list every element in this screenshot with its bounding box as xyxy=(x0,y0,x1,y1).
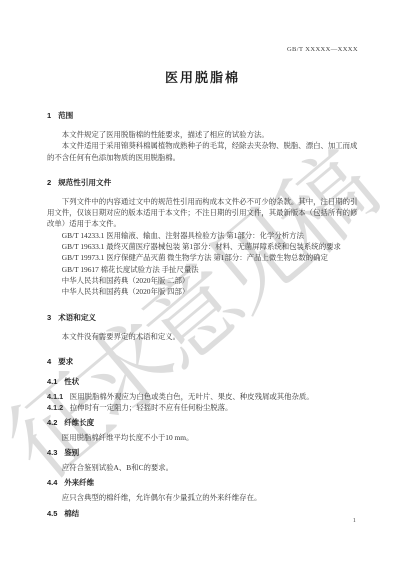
reference-item: GB/T 19633.1 最终灭菌医疗器械包装 第1部分：材料、无菌屏障系统和包… xyxy=(47,241,358,252)
section-number: 4 xyxy=(47,357,51,366)
section-title: 规范性引用文件 xyxy=(58,178,111,187)
paragraph: 本文件没有需要界定的术语和定义。 xyxy=(47,331,358,342)
section-title: 术语和定义 xyxy=(58,313,96,322)
reference-item: 中华人民共和国药典（2020年版 二部） xyxy=(47,275,358,286)
section-number: 3 xyxy=(47,313,51,322)
standard-number: GB/T XXXXX—XXXX xyxy=(47,46,358,53)
reference-item: GB/T 14233.1 医用输液、输血、注射器具检验方法 第1部分：化学分析方… xyxy=(47,230,358,241)
clause-title: 鉴别 xyxy=(64,448,79,457)
clause-4-1-heading: 4.1性状 xyxy=(47,376,358,387)
page-number: 1 xyxy=(353,517,356,524)
clause-4-4-heading: 4.4外来纤维 xyxy=(47,477,358,488)
reference-item: GB/T 19617 棉花长度试验方法 手扯尺量法 xyxy=(47,264,358,275)
paragraph: 应只含典型的棉纤维，允许偶尔有少量孤立的外来纤维存在。 xyxy=(47,492,358,503)
section-title: 范围 xyxy=(58,111,73,120)
clause-title: 纤维长度 xyxy=(64,418,94,427)
clause-number: 4.1 xyxy=(47,377,57,386)
paragraph: 医用脱脂棉纤维平均长度不小于10 mm。 xyxy=(47,432,358,443)
clause-title: 外来纤维 xyxy=(64,478,94,487)
clause-4-1-items: 4.1.1医用脱脂棉外观应为白色或类白色，无叶片、果皮、种皮残屑或其他杂质。 4… xyxy=(47,391,358,413)
paragraph: 本文件适用于采用锦葵科棉属植物成熟种子的毛茸，经除去夹杂物、脱脂、漂白、加工而成… xyxy=(47,140,358,163)
clause-number: 4.3 xyxy=(47,448,57,457)
section-2-heading: 2规范性引用文件 xyxy=(47,177,358,188)
item-text: 医用脱脂棉外观应为白色或类白色，无叶片、果皮、种皮残屑或其他杂质。 xyxy=(70,392,314,401)
clause-item: 4.1.2拉伸时有一定阻力；轻摇时不应有任何粉尘脱落。 xyxy=(47,402,358,413)
page-content: GB/T XXXXX—XXXX 医用脱脂棉 1范围 本文件规定了医用脱脂棉的性能… xyxy=(47,0,358,519)
reference-item: 中华人民共和国药典（2020年版 四部） xyxy=(47,286,358,297)
paragraph: 本文件规定了医用脱脂棉的性能要求，描述了相应的试验方法。 xyxy=(47,129,358,140)
clause-4-3-heading: 4.3鉴别 xyxy=(47,447,358,458)
item-text: 拉伸时有一定阻力；轻摇时不应有任何粉尘脱落。 xyxy=(70,403,233,412)
clause-4-5-heading: 4.5棉结 xyxy=(47,508,358,519)
reference-item: GB/T 19973.1 医疗保健产品灭菌 微生物学方法 第1部分：产品上微生物… xyxy=(47,252,358,263)
item-number: 4.1.1 xyxy=(47,392,63,401)
item-number: 4.1.2 xyxy=(47,403,63,412)
document-title: 医用脱脂棉 xyxy=(47,70,358,85)
clause-number: 4.5 xyxy=(47,509,57,518)
clause-title: 性状 xyxy=(64,377,79,386)
paragraph: 下列文件中的内容通过文中的规范性引用而构成本文件必不可少的条款。其中，注日期的引… xyxy=(47,196,358,230)
clause-number: 4.2 xyxy=(47,418,57,427)
paragraph: 应符合鉴别试验A、B和C的要求。 xyxy=(47,462,358,473)
clause-number: 4.4 xyxy=(47,478,57,487)
section-3-heading: 3术语和定义 xyxy=(47,312,358,323)
section-number: 1 xyxy=(47,111,51,120)
clause-4-2-heading: 4.2纤维长度 xyxy=(47,417,358,428)
section-1-heading: 1范围 xyxy=(47,110,358,121)
section-title: 要求 xyxy=(58,357,73,366)
section-4-heading: 4要求 xyxy=(47,356,358,367)
document-page: 征求意见稿 GB/T XXXXX—XXXX 医用脱脂棉 1范围 本文件规定了医用… xyxy=(0,0,400,565)
clause-item: 4.1.1医用脱脂棉外观应为白色或类白色，无叶片、果皮、种皮残屑或其他杂质。 xyxy=(47,391,358,402)
clause-title: 棉结 xyxy=(64,509,79,518)
section-number: 2 xyxy=(47,178,51,187)
